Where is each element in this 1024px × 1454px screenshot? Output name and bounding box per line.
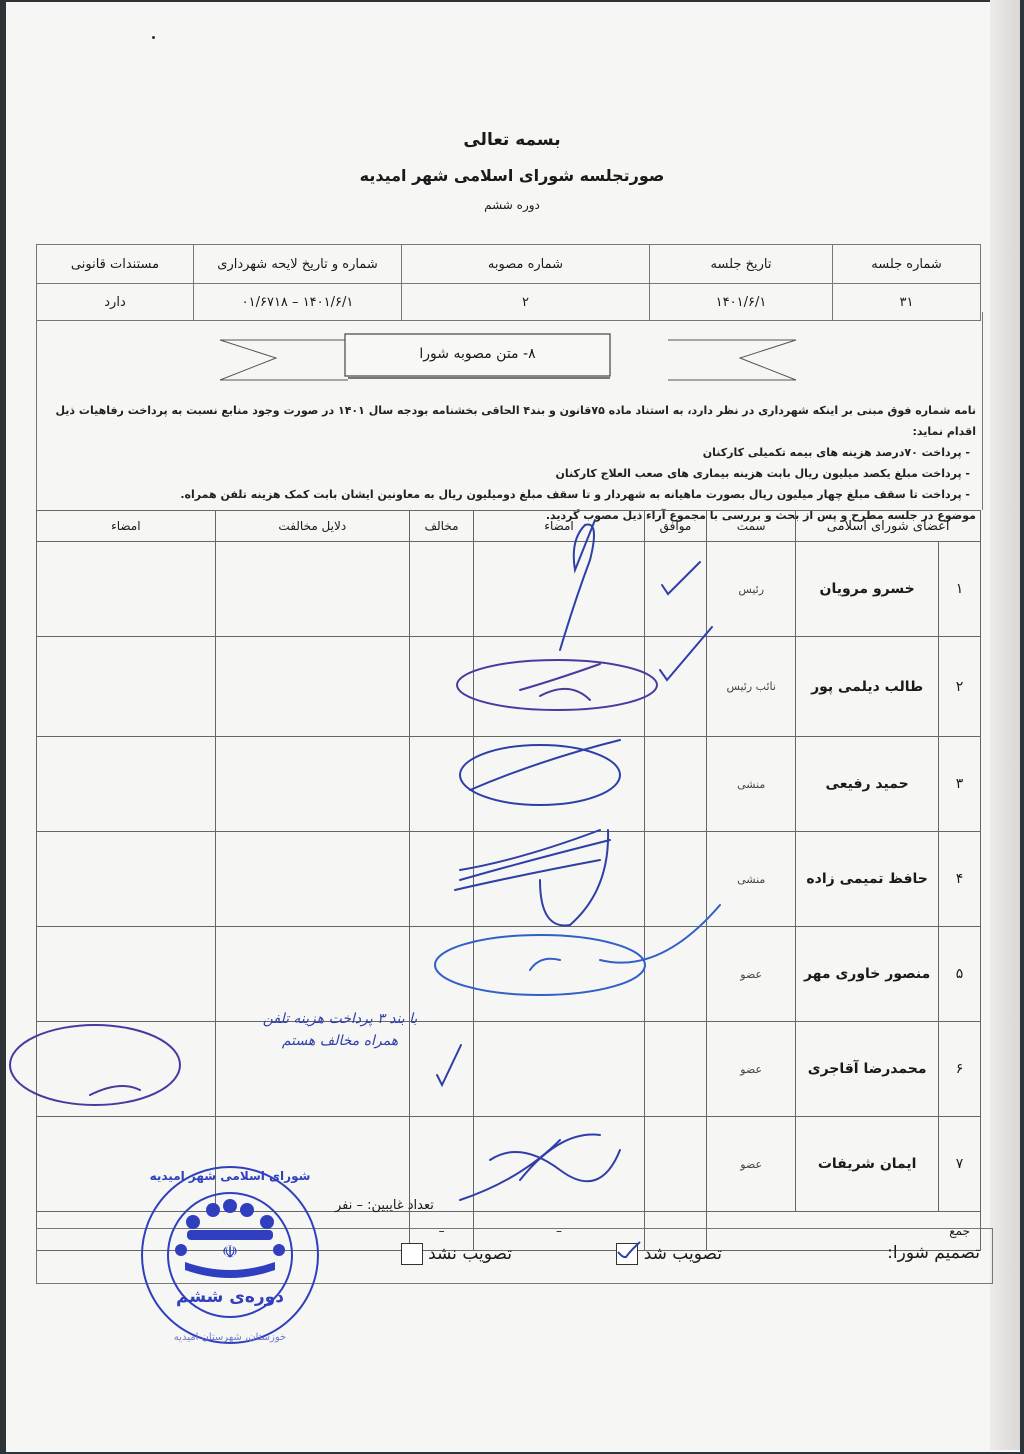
invocation-heading: بسمه تعالی bbox=[0, 130, 1024, 150]
signature-cell-2 bbox=[37, 542, 216, 637]
signature-cell-2 bbox=[37, 927, 216, 1022]
member-name: طالب دیلمی پور bbox=[796, 637, 939, 737]
header-signature: امضاء bbox=[474, 511, 645, 542]
header-members: اعضای شورای اسلامی bbox=[796, 511, 981, 542]
agree-cell bbox=[644, 927, 706, 1022]
signature-cell bbox=[474, 832, 645, 927]
resolution-item-3: - پرداخت تا سقف مبلغ چهار میلیون ریال بص… bbox=[46, 484, 976, 505]
meta-header-legal-docs: مستندات قانونی bbox=[37, 245, 194, 284]
oppose-cell bbox=[409, 542, 473, 637]
member-role: منشی bbox=[707, 737, 796, 832]
row-number: ۶ bbox=[938, 1022, 980, 1117]
signature-cell bbox=[474, 637, 645, 737]
member-row: ۶ محمدرضا آقاجری عضو bbox=[37, 1022, 981, 1117]
signature-cell-2 bbox=[37, 637, 216, 737]
member-row: ۳ حمید رفیعی منشی bbox=[37, 737, 981, 832]
member-name: خسرو مرویان bbox=[796, 542, 939, 637]
signature-cell bbox=[474, 737, 645, 832]
meta-header-bill-number-date: شماره و تاریخ لایحه شهرداری bbox=[194, 245, 402, 284]
member-role: نائب رئیس bbox=[707, 637, 796, 737]
signature-cell-2 bbox=[37, 737, 216, 832]
header-oppose: مخالف bbox=[409, 511, 473, 542]
member-row: ۱ خسرو مرویان رئیس bbox=[37, 542, 981, 637]
reason-cell bbox=[215, 637, 409, 737]
row-number: ۲ bbox=[938, 637, 980, 737]
vote-table: اعضای شورای اسلامی سمت موافق امضاء مخالف… bbox=[36, 510, 981, 1251]
term-label: دوره ششم bbox=[0, 198, 1024, 212]
signature-cell-2 bbox=[37, 1117, 216, 1212]
member-row: ۵ منصور خاوری مهر عضو bbox=[37, 927, 981, 1022]
oppose-cell bbox=[409, 737, 473, 832]
member-row: ۴ حافظ تمیمی زاده منشی bbox=[37, 832, 981, 927]
meeting-meta-table: شماره جلسه تاریخ جلسه شماره مصوبه شماره … bbox=[36, 244, 981, 321]
absent-count: تعداد غایبین: – نفر bbox=[335, 1198, 434, 1213]
decision-label: تصمیم شورا: bbox=[887, 1243, 980, 1263]
header-role: سمت bbox=[707, 511, 796, 542]
agree-cell bbox=[644, 832, 706, 927]
row-number: ۴ bbox=[938, 832, 980, 927]
header-signature-2: امضاء bbox=[37, 511, 216, 542]
section-title: ۸- متن مصوبه شورا bbox=[345, 334, 610, 374]
scan-edge bbox=[990, 0, 1020, 1450]
member-name: ایمان شریفات bbox=[796, 1117, 939, 1212]
header-reasons: دلایل مخالفت bbox=[215, 511, 409, 542]
resolution-item-1: - پرداخت ۷۰درصد هزینه های بیمه تکمیلی کا… bbox=[46, 442, 976, 463]
approved-option[interactable]: تصویب شد bbox=[610, 1243, 722, 1265]
rejected-option[interactable]: تصویب نشد bbox=[395, 1243, 512, 1265]
signature-cell-2 bbox=[37, 832, 216, 927]
signature-cell bbox=[474, 542, 645, 637]
member-role: عضو bbox=[707, 1022, 796, 1117]
agree-cell bbox=[644, 542, 706, 637]
agree-cell bbox=[644, 637, 706, 737]
row-number: ۵ bbox=[938, 927, 980, 1022]
approved-checkbox[interactable] bbox=[616, 1243, 638, 1265]
agree-cell bbox=[644, 1117, 706, 1212]
meta-header-session-date: تاریخ جلسه bbox=[650, 245, 833, 284]
check-icon bbox=[615, 1240, 641, 1262]
council-decision: تصمیم شورا: تصویب شد تصویب نشد bbox=[36, 1228, 993, 1284]
rejected-label: تصویب نشد bbox=[428, 1244, 512, 1264]
reason-cell bbox=[215, 832, 409, 927]
member-name: منصور خاوری مهر bbox=[796, 927, 939, 1022]
rejected-checkbox[interactable] bbox=[401, 1243, 423, 1265]
resolution-item-2: - پرداخت مبلغ یکصد میلیون ریال بابت هزین… bbox=[46, 463, 976, 484]
scan-speck bbox=[152, 36, 155, 39]
member-role: عضو bbox=[707, 927, 796, 1022]
member-name: محمدرضا آقاجری bbox=[796, 1022, 939, 1117]
meta-header-resolution-number: شماره مصوبه bbox=[402, 245, 650, 284]
resolution-text: نامه شماره فوق مبنی بر اینکه شهرداری در … bbox=[46, 400, 976, 526]
member-role: عضو bbox=[707, 1117, 796, 1212]
row-number: ۱ bbox=[938, 542, 980, 637]
reason-cell bbox=[215, 542, 409, 637]
member-name: حمید رفیعی bbox=[796, 737, 939, 832]
signature-cell bbox=[474, 1022, 645, 1117]
approved-label: تصویب شد bbox=[644, 1244, 722, 1264]
header-agree: موافق bbox=[644, 511, 706, 542]
member-row: ۲ طالب دیلمی پور نائب رئیس bbox=[37, 637, 981, 737]
handwritten-objection: با بند ۳ پرداخت هزینه تلفن همراه مخالف ه… bbox=[250, 1008, 430, 1052]
signature-cell bbox=[474, 1117, 645, 1212]
member-name: حافظ تمیمی زاده bbox=[796, 832, 939, 927]
resolution-intro: نامه شماره فوق مبنی بر اینکه شهرداری در … bbox=[46, 400, 976, 442]
oppose-cell bbox=[409, 832, 473, 927]
agree-cell bbox=[644, 737, 706, 832]
signature-cell-2 bbox=[37, 1022, 216, 1117]
member-role: منشی bbox=[707, 832, 796, 927]
member-row: ۷ ایمان شریفات عضو bbox=[37, 1117, 981, 1212]
row-number: ۳ bbox=[938, 737, 980, 832]
agree-cell bbox=[644, 1022, 706, 1117]
member-role: رئیس bbox=[707, 542, 796, 637]
reason-cell bbox=[215, 737, 409, 832]
signature-cell bbox=[474, 927, 645, 1022]
meta-header-session-number: شماره جلسه bbox=[833, 245, 981, 284]
oppose-cell bbox=[409, 637, 473, 737]
document-title: صورتجلسه شورای اسلامی شهر امیدیه bbox=[0, 166, 1024, 185]
row-number: ۷ bbox=[938, 1117, 980, 1212]
